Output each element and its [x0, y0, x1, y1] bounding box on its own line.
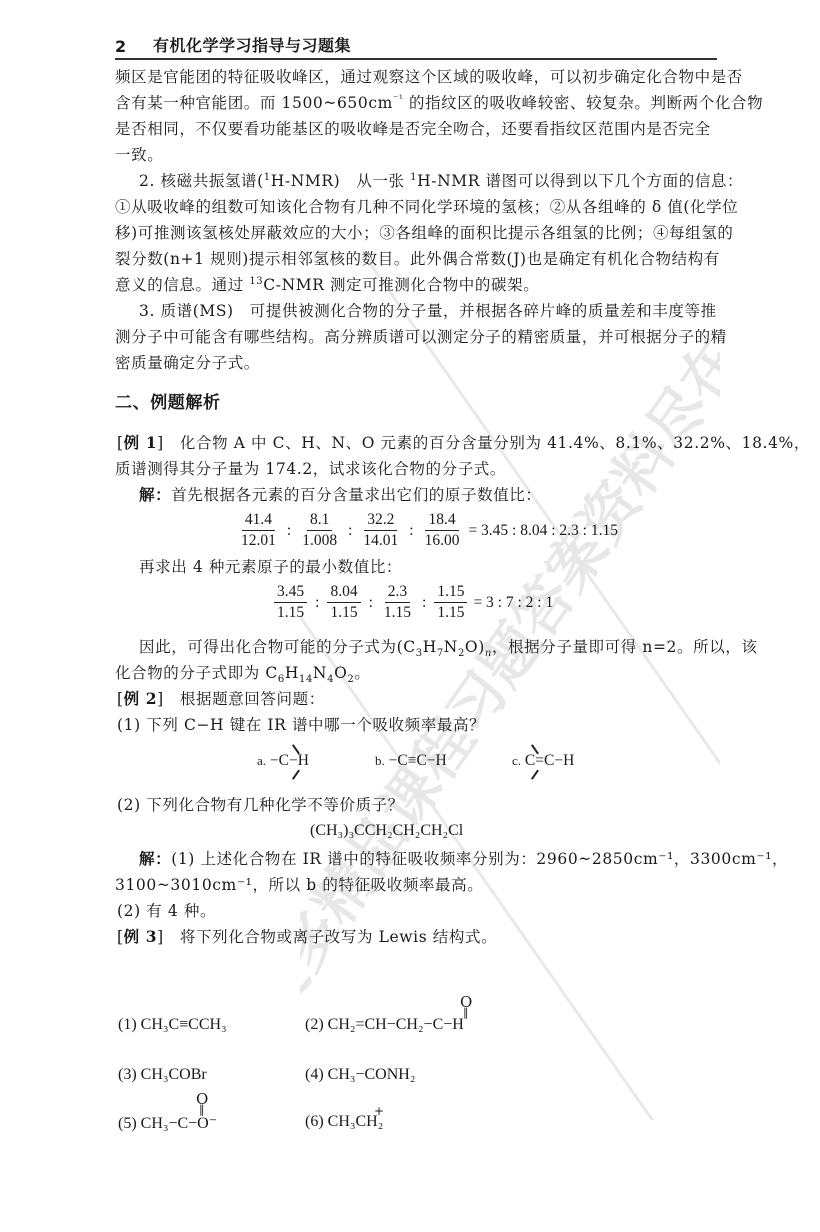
option-label: c.: [512, 753, 521, 768]
ms-line-2: 测分子中可能含有哪些结构。高分辨质谱可以测定分子的精密质量，并可根据分子的精: [115, 326, 720, 348]
example2-answer-1a: 解：(1) 上述化合物在 IR 谱中的特征吸收频率分别为：2960~2850cm…: [139, 848, 744, 870]
text: 根据题意回答问题：: [180, 690, 325, 708]
lewis-item-3: (3) CH₃COBr: [118, 1066, 207, 1084]
fraction: 18.416.00: [422, 510, 463, 551]
denominator: 1.15: [434, 603, 467, 623]
nmr-line-2: ①从吸收峰的组数可知该化合物有几种不同化学环境的氢核；②从各组峰的 δ 值(化学…: [115, 196, 720, 218]
example2-answer-2: (2) 有 4 种。: [117, 900, 722, 922]
numerator: 41.4: [242, 510, 275, 531]
denominator: 1.15: [327, 603, 360, 623]
example1-line-2: 质谱测得其分子量为 174.2，试求该化合物的分子式。: [115, 458, 720, 480]
ratio-colon: :: [287, 522, 291, 540]
item-number: (5): [118, 1115, 137, 1132]
subscript: 4: [327, 674, 334, 685]
ratio-colon: :: [348, 522, 352, 540]
fraction: 8.11.008: [299, 510, 340, 551]
subscript: n: [485, 648, 492, 659]
fraction: 32.214.01: [360, 510, 401, 551]
denominator: 1.15: [381, 603, 414, 623]
denominator: 16.00: [422, 531, 463, 551]
denominator: 1.008: [299, 531, 340, 551]
double-bond-mark: ‖: [463, 1006, 469, 1019]
subscript: 3: [416, 648, 423, 659]
fraction: 8.041.15: [327, 582, 360, 623]
ratio-colon: :: [422, 594, 426, 612]
text: 的指纹区的吸收峰较密、较复杂。判断两个化合物: [403, 94, 763, 112]
numerator: 8.04: [327, 582, 360, 603]
nmr-heading-line: 2. 核磁共振氢谱(1H-NMR) 从一张 1H-NMR 谱图可以得到以下几个方…: [139, 170, 744, 192]
item-number: (4): [305, 1066, 324, 1083]
option-formula: −C−H: [270, 752, 309, 769]
text: 化合物的分子式即为 C: [115, 664, 278, 682]
example1-conclusion-2: 化合物的分子式即为 C6H14N4O2。: [115, 662, 720, 684]
denominator: 14.01: [360, 531, 401, 551]
option-c: c. C=C−H: [512, 752, 574, 770]
ratio-colon: :: [315, 594, 319, 612]
equation-result: = 3.45 : 8.04 : 2.3 : 1.15: [468, 522, 618, 540]
item-number: (3): [118, 1066, 137, 1083]
subscript: 7: [437, 648, 444, 659]
text: ，根据分子量即可得 n=2。所以，该: [492, 638, 758, 656]
superscript: ⁻¹: [393, 94, 404, 105]
example-tag: 例 3: [124, 927, 157, 946]
compound-formula: (CH₃)₃CCH₂CH₂CH₂Cl: [310, 822, 463, 840]
option-b: b. −C≡C−H: [375, 752, 447, 770]
equation-2: 3.451.15: 8.041.15: 2.31.15: 1.151.15 = …: [268, 582, 553, 623]
item-formula: CH₃COBr: [141, 1066, 207, 1083]
superscript: 13: [249, 276, 263, 287]
lewis-item-4: (4) CH₃−CONH₂: [305, 1066, 415, 1084]
option-a: a. −C−H: [257, 752, 309, 770]
example1-line-1: [例 1] 化合物 A 中 C、H、N、O 元素的百分含量分别为 41.4%、8…: [117, 432, 722, 454]
item-formula: CH₃−C−O⁻: [141, 1115, 218, 1132]
solution-label: 解：: [139, 485, 171, 504]
item-formula: CH₂=CH−CH₂−C−H: [328, 1016, 464, 1033]
numerator: 1.15: [434, 582, 467, 603]
text: 意义的信息。通过: [115, 276, 249, 294]
example2-answer-1b: 3100~3010cm⁻¹，所以 b 的特征吸收频率最高。: [115, 874, 720, 896]
item-formula: CH₃−CONH₂: [328, 1066, 416, 1083]
option-label: b.: [375, 753, 385, 768]
subscript: 14: [299, 674, 313, 685]
example1-solution: 解：首先根据各元素的百分含量求出它们的原子数值比：: [139, 484, 744, 506]
text: 首先根据各元素的百分含量求出它们的原子数值比：: [171, 486, 541, 504]
nmr-line-4: 裂分数(n+1 规则)提示相邻氢核的数目。此外偶合常数(J)也是确定有机化合物结…: [115, 248, 720, 270]
ms-line-3: 密质量确定分子式。: [115, 352, 720, 374]
item-formula: CH₃C≡CCH₃: [141, 1016, 227, 1033]
text: H-NMR 谱图可以得到以下几个方面的信息：: [417, 172, 743, 190]
fraction: 3.451.15: [274, 582, 307, 623]
text: (1) 上述化合物在 IR 谱中的特征吸收频率分别为：2960~2850cm⁻¹…: [171, 850, 788, 868]
running-header: 2 有机化学学习指导与习题集: [115, 28, 717, 60]
page-number: 2: [115, 37, 153, 56]
text: 将下列化合物或离子改写为 Lewis 结构式。: [180, 928, 497, 946]
option-formula: C=C−H: [525, 752, 574, 769]
text: 2. 核磁共振氢谱(: [139, 172, 264, 190]
cation-charge: +: [374, 1104, 384, 1118]
example-tag: 例 1: [124, 433, 157, 452]
option-label: a.: [257, 753, 266, 768]
text: H-NMR) 从一张: [271, 172, 410, 190]
example2-question-2: (2) 下列化合物有几种化学不等价质子？: [117, 794, 722, 816]
numerator: 2.3: [385, 582, 410, 603]
ms-line-1: 3. 质谱(MS) 可提供被测化合物的分子量，并根据各碎片峰的质量差和丰度等推: [139, 300, 744, 322]
ir-para-line-2: 含有某一种官能团。而 1500~650cm⁻¹ 的指纹区的吸收峰较密、较复杂。判…: [115, 92, 720, 114]
lewis-item-2: (2) CH₂=CH−CH₂−C−H: [305, 1016, 464, 1034]
denominator: 12.01: [238, 531, 279, 551]
item-number: (1): [118, 1016, 137, 1033]
text: 化合物 A 中 C、H、N、O 元素的百分含量分别为 41.4%、8.1%、32…: [180, 434, 810, 452]
example3-heading: [例 3] 将下列化合物或离子改写为 Lewis 结构式。: [117, 926, 722, 948]
text: C-NMR 测定可推测化合物中的碳架。: [263, 276, 539, 294]
ratio-colon: :: [369, 594, 373, 612]
ratio-colon: :: [409, 522, 413, 540]
double-bond-mark: ‖: [199, 1103, 205, 1116]
example2-question-1: (1) 下列 C−H 键在 IR 谱中哪一个吸收频率最高？: [117, 714, 722, 736]
book-page: 更多精品课程习题答案资料尽在 2 有机化学学习指导与习题集 频区是官能团的特征吸…: [0, 0, 820, 1232]
nmr-line-3: 移)可推测该氢核处屏蔽效应的大小；③各组峰的面积比提示各组氢的比例；④每组氢的: [115, 222, 720, 244]
equation-result: = 3 : 7 : 2 : 1: [473, 594, 553, 612]
section-title: 二、例题解析: [115, 392, 720, 414]
denominator: 1.15: [274, 603, 307, 623]
ir-para-line-4: 一致。: [115, 144, 720, 166]
ir-para-line-1: 频区是官能团的特征吸收峰区，通过观察这个区域的吸收峰，可以初步确定化合物中是否: [115, 66, 720, 88]
example1-conclusion-1: 因此，可得出化合物可能的分子式为(C3H7N2O)n，根据分子量即可得 n=2。…: [139, 636, 744, 658]
text: 。: [354, 664, 370, 682]
numerator: 18.4: [425, 510, 458, 531]
lewis-item-1: (1) CH₃C≡CCH₃: [118, 1016, 227, 1034]
book-title: 有机化学学习指导与习题集: [153, 33, 351, 56]
equation-1: 41.412.01: 8.11.008: 32.214.01: 18.416.0…: [232, 510, 618, 551]
numerator: 32.2: [364, 510, 397, 531]
example1-line-3: 再求出 4 种元素原子的最小数值比：: [139, 556, 744, 578]
fraction: 41.412.01: [238, 510, 279, 551]
subscript: 6: [278, 674, 285, 685]
lewis-item-6: (6) CH₃CH₂: [305, 1113, 383, 1131]
subscript: 2: [458, 648, 465, 659]
fraction: 1.151.15: [434, 582, 467, 623]
text: 含有某一种官能团。而 1500~650cm: [115, 94, 393, 112]
superscript: 1: [264, 172, 271, 183]
example2-heading: [例 2] 根据题意回答问题：: [117, 688, 722, 710]
lewis-item-5: (5) CH₃−C−O⁻: [118, 1113, 217, 1133]
bond-line: [531, 770, 539, 780]
text: 因此，可得出化合物可能的分子式为(C: [139, 638, 416, 656]
item-number: (2): [305, 1016, 324, 1033]
bond-line: [292, 770, 300, 780]
numerator: 8.1: [307, 510, 332, 531]
nmr-line-5: 意义的信息。通过 13C-NMR 测定可推测化合物中的碳架。: [115, 274, 720, 296]
ir-para-line-3: 是否相同，不仅要看功能基区的吸收峰是否完全吻合，还要看指纹区范围内是否完全: [115, 118, 720, 140]
option-formula: −C≡C−H: [389, 752, 447, 769]
fraction: 2.31.15: [381, 582, 414, 623]
numerator: 3.45: [274, 582, 307, 603]
item-number: (6): [305, 1113, 324, 1130]
solution-label: 解：: [139, 849, 171, 868]
example-tag: 例 2: [124, 689, 157, 708]
